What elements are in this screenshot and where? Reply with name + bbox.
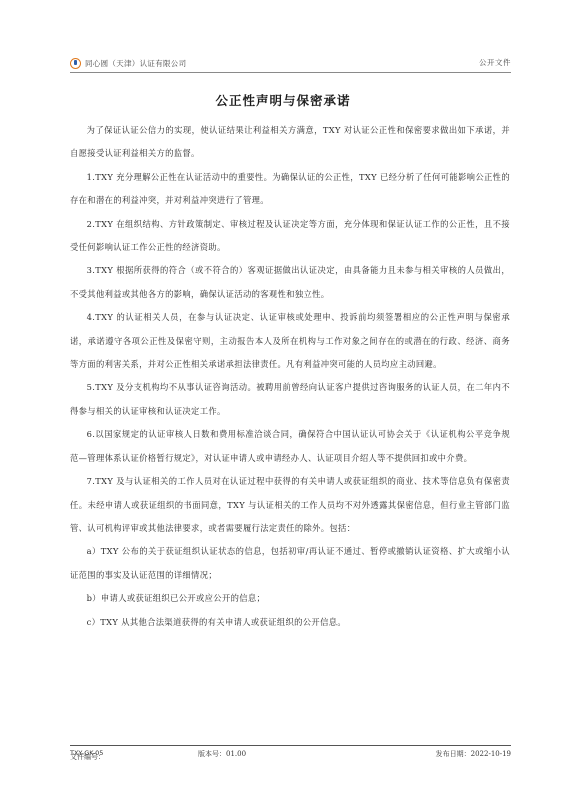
paragraph-3: 3.TXY 根据所获得的符合（或不符合的）客观证据做出认证决定，由具备能力且未参… [70, 259, 510, 306]
page-header: 同心圆（天津）认证有限公司 公开文件 [70, 56, 511, 73]
header-company: 同心圆（天津）认证有限公司 [70, 56, 186, 70]
document-classification: 公开文件 [479, 57, 511, 68]
document-body: 为了保证认证公信力的实现，使认证结果让利益相关方满意，TXY 对认证公正性和保密… [70, 119, 510, 634]
paragraph-2: 2.TXY 在组织结构、方针政策制定、审核过程及认证决定等方面，充分体现和保证认… [70, 213, 510, 260]
footer-publish-date: 发布日期：2022-10-19 [436, 749, 511, 759]
paragraph-6: 6.以国家规定的认证审核人日数和费用标准洽谈合同，确保符合中国认证认可协会关于《… [70, 423, 510, 470]
paragraph-5: 5.TXY 及分支机构均不从事认证咨询活动。被聘用前曾经向认证客户提供过咨询服务… [70, 376, 510, 423]
paragraph-7: 7.TXY 及与认证相关的工作人员对在认证过程中获得的有关申请人或获证组织的商业… [70, 470, 510, 540]
document-title: 公正性声明与保密承诺 [0, 91, 566, 109]
footer-document-number: 文件编号：TXY-GK-05 [70, 749, 103, 757]
paragraph-intro: 为了保证认证公信力的实现，使认证结果让利益相关方满意，TXY 对认证公正性和保密… [70, 119, 510, 166]
paragraph-4: 4.TXY 的认证相关人员，在参与认证决定、认证审核或处理申、投诉前均须签署相应… [70, 306, 510, 376]
sub-item-b: b）申请人或获证组织已公开或应公开的信息； [70, 587, 510, 610]
sub-item-a: a）TXY 公布的关于获证组织认证状态的信息，包括初审/再认证不通过、暂停或撤销… [70, 540, 510, 587]
company-name: 同心圆（天津）认证有限公司 [85, 58, 186, 69]
paragraph-1: 1.TXY 充分理解公正性在认证活动中的重要性。为确保认证的公正性，TXY 已经… [70, 166, 510, 213]
footer-version: 版本号：01.00 [198, 749, 246, 759]
page-footer: 文件编号：TXY-GK-05 版本号：01.00 发布日期：2022-10-19 [70, 745, 511, 760]
doc-number-label: 文件编号： [70, 752, 105, 762]
sub-item-c: c）TXY 从其他合法渠道获得的有关申请人或获证组织的公开信息。 [70, 611, 510, 634]
document-page: 同心圆（天津）认证有限公司 公开文件 公正性声明与保密承诺 为了保证认证公信力的… [0, 0, 566, 800]
company-logo-icon [70, 58, 81, 69]
